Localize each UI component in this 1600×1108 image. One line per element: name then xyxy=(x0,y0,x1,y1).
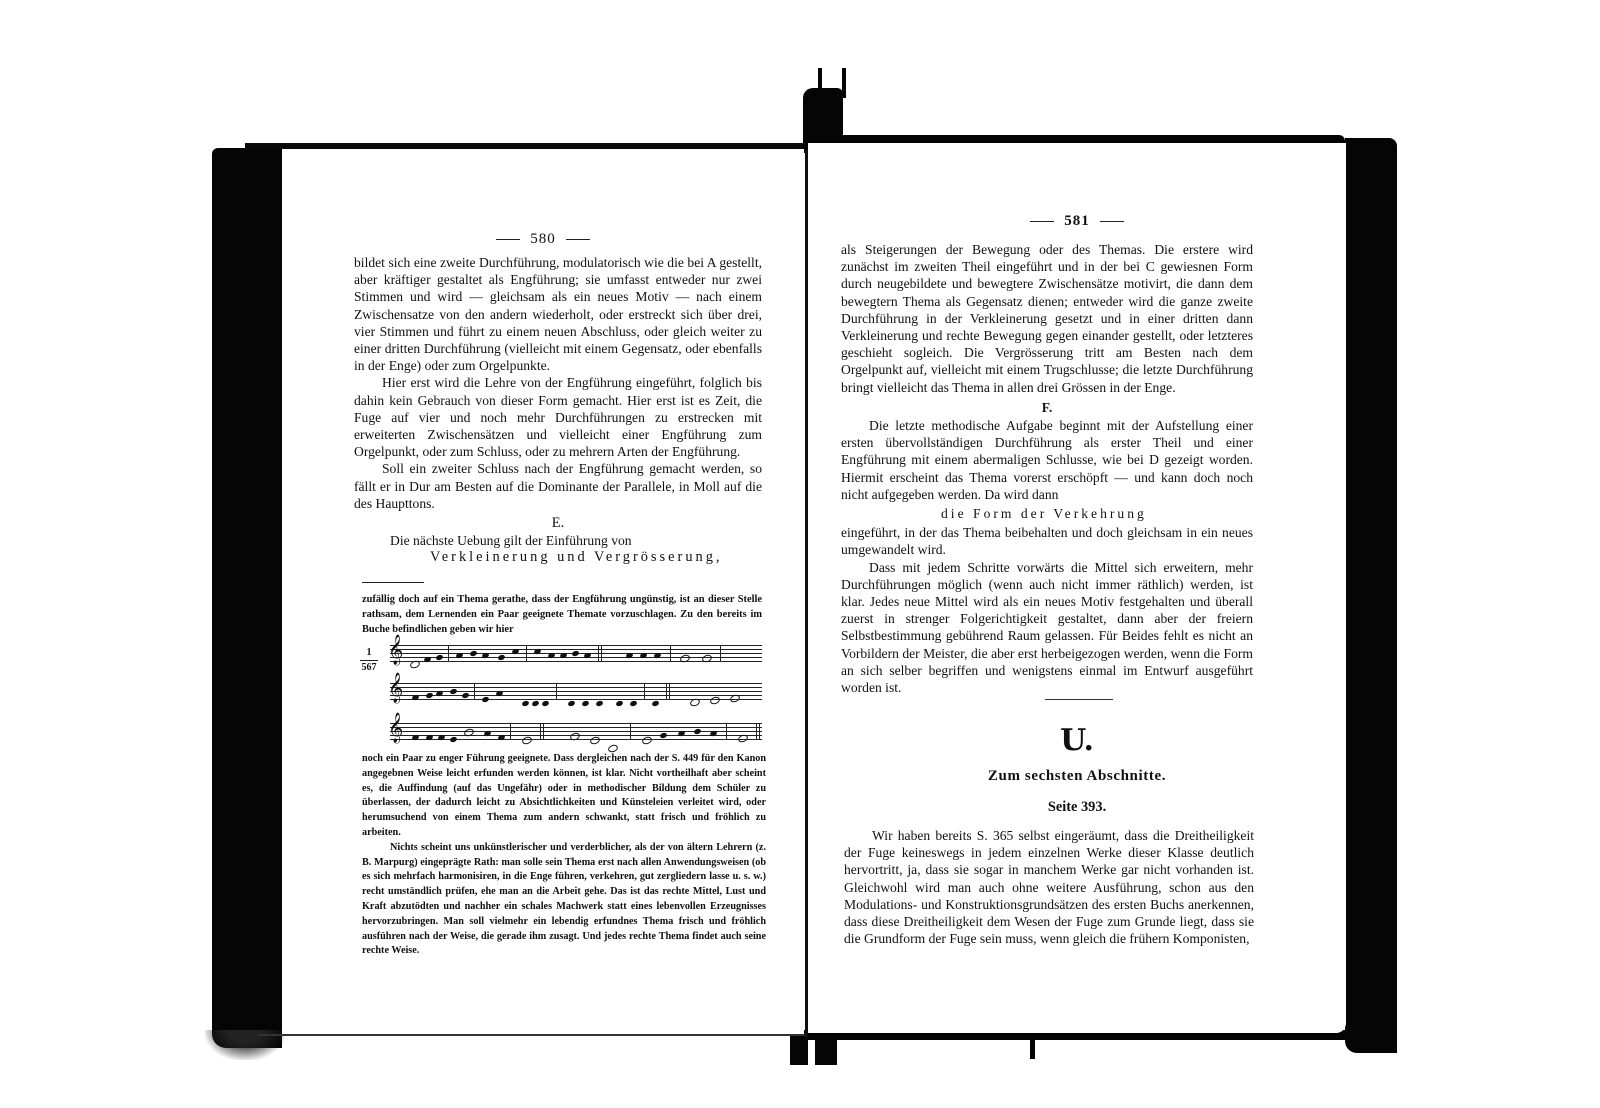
right-main-text: als Steigerungen der Bewegung oder des T… xyxy=(841,241,1253,696)
book-spine-mark xyxy=(842,68,846,98)
right-bottom-text: Wir haben bereits S. 365 selbst eingeräu… xyxy=(844,827,1254,947)
treble-clef-icon: 𝄞 xyxy=(388,675,403,701)
page-number-left: 580 xyxy=(282,231,804,248)
example-number: 1 567 xyxy=(360,647,378,674)
book-edge-left xyxy=(212,148,282,1048)
section-heading-spaced: Verkleinerung und Vergrösserung, xyxy=(354,549,762,566)
footnote-rule xyxy=(362,582,424,583)
paragraph: bildet sich eine zweite Durchführung, mo… xyxy=(354,254,762,374)
paragraph: Dass mit jedem Schritte vorwärts die Mit… xyxy=(841,559,1253,697)
paragraph: eingeführt, in der das Thema beibehalten… xyxy=(841,524,1253,558)
footnote-paragraph: Nichts scheint uns unkünstlerischer und … xyxy=(362,841,766,959)
music-staff-2: 𝄞 xyxy=(390,683,762,699)
music-staff-1: 𝄞 xyxy=(390,645,762,661)
chapter-title: Zum sechsten Abschnitte. xyxy=(808,768,1346,785)
left-main-text: bildet sich eine zweite Durchführung, mo… xyxy=(354,254,762,567)
paragraph: als Steigerungen der Bewegung oder des T… xyxy=(841,241,1253,396)
book-edge-mark xyxy=(815,1035,837,1065)
paragraph: Die letzte methodische Aufgabe beginnt m… xyxy=(841,417,1253,503)
section-letter-f: F. xyxy=(841,399,1253,416)
page-number-right: 581 xyxy=(808,213,1346,230)
music-example: 1 567 𝄞 𝄞 xyxy=(360,639,766,749)
paragraph: Wir haben bereits S. 365 selbst eingeräu… xyxy=(844,827,1254,947)
book-spine-line xyxy=(805,150,808,1038)
footnote-bottom: noch ein Paar zu enger Führung geeignete… xyxy=(362,752,766,959)
section-divider xyxy=(1045,699,1113,700)
book-edge-top-right xyxy=(805,135,1345,143)
section-letter-e: E. xyxy=(354,515,762,532)
section-intro: Die nächste Uebung gilt der Einführung v… xyxy=(354,532,762,549)
left-page: 580 bildet sich eine zweite Durchführung… xyxy=(282,149,804,1034)
right-page: 581 als Steigerungen der Bewegung oder d… xyxy=(808,143,1346,1033)
book-spine-mark xyxy=(818,68,822,98)
chapter-page-ref: Seite 393. xyxy=(808,799,1346,816)
book-edge-bottom-left xyxy=(258,1034,806,1036)
treble-clef-icon: 𝄞 xyxy=(388,715,403,741)
book-edge-mark xyxy=(1030,1035,1035,1059)
music-staff-3: 𝄞 xyxy=(390,723,762,739)
paragraph: Hier erst wird die Lehre von der Engführ… xyxy=(354,374,762,460)
footnote-top: zufällig doch auf ein Thema gerathe, das… xyxy=(362,593,762,637)
chapter-letter: U. xyxy=(808,723,1346,758)
book-edge-mark xyxy=(790,1035,808,1065)
footnote-paragraph: noch ein Paar zu enger Führung geeignete… xyxy=(362,752,766,841)
treble-clef-icon: 𝄞 xyxy=(388,637,403,663)
book-edge-right xyxy=(1345,138,1397,1053)
section-heading-spaced: die Form der Verkehrung xyxy=(841,505,1253,522)
paragraph: Soll ein zweiter Schluss nach der Engfüh… xyxy=(354,460,762,512)
